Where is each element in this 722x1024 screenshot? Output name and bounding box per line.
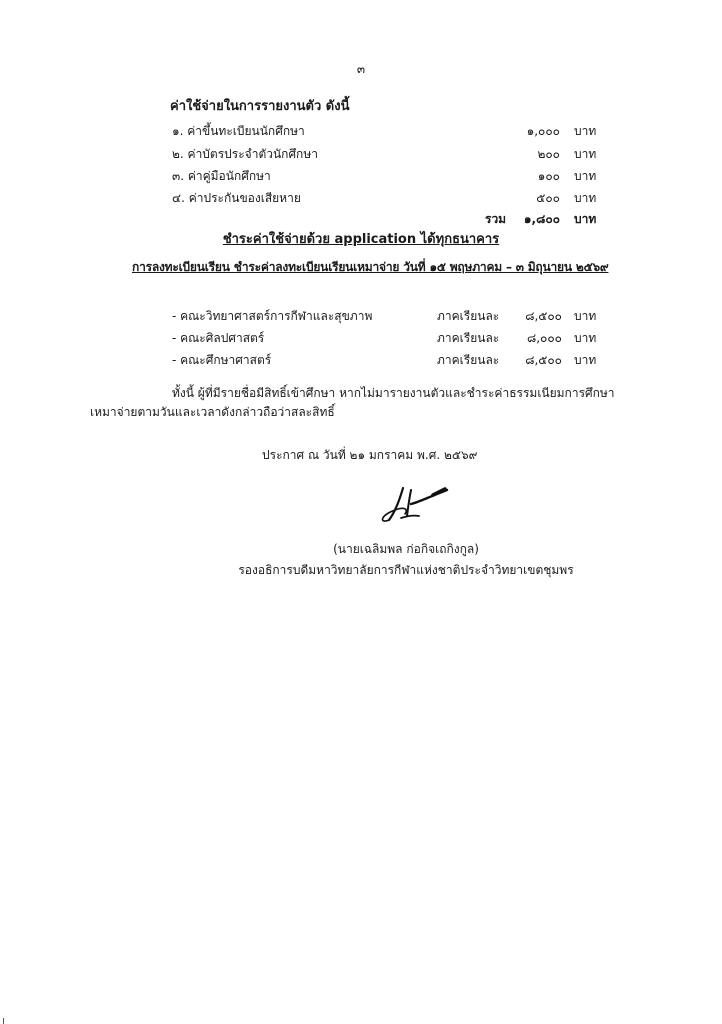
scan-edge-mark: [3, 1018, 4, 1024]
total-label: รวม: [485, 210, 506, 229]
faculty-unit: บาท: [574, 307, 596, 326]
fee-row: ๒. ค่าบัตรประจำตัวนักศึกษา ๒๐๐ บาท: [170, 145, 630, 165]
fee-label: ๒. ค่าบัตรประจำตัวนักศึกษา: [172, 145, 318, 164]
fee-row: ๑. ค่าขึ้นทะเบียนนักศึกษา ๑,๐๐๐ บาท: [170, 122, 630, 142]
fees-heading: ค่าใช้จ่ายในการรายงานตัว ดังนี้: [170, 95, 349, 116]
faculty-per: ภาคเรียนละ: [437, 307, 499, 326]
signer-title: รองอธิการบดีมหาวิทยาลัยการกีฬาแห่งชาติปร…: [0, 561, 722, 580]
faculty-name: - คณะศึกษาศาสตร์: [172, 351, 271, 370]
fee-label: ๔. ค่าประกันของเสียหาย: [172, 189, 301, 208]
faculty-unit: บาท: [574, 329, 596, 348]
faculty-row: - คณะศึกษาศาสตร์ ภาคเรียนละ ๘,๕๐๐ บาท: [172, 351, 632, 371]
fee-amount: ๒๐๐: [537, 145, 560, 164]
notice-line-2: เหมาจ่ายตามวันและเวลาดังกล่าวถือว่าสละสิ…: [90, 403, 335, 422]
faculty-name: - คณะวิทยาศาสตร์การกีฬาและสุขภาพ: [172, 307, 372, 326]
faculty-row: - คณะวิทยาศาสตร์การกีฬาและสุขภาพ ภาคเรีย…: [172, 307, 632, 327]
notice-line-1: ทั้งนี้ ผู้ที่มีรายชื่อมีสิทธิ์เข้าศึกษา…: [172, 384, 642, 403]
fee-label: ๓. ค่าคู่มือนักศึกษา: [172, 167, 271, 186]
total-unit: บาท: [574, 210, 596, 229]
faculty-per: ภาคเรียนละ: [437, 351, 499, 370]
faculty-row: - คณะศิลปศาสตร์ ภาคเรียนละ ๘,๐๐๐ บาท: [172, 329, 632, 349]
fee-amount: ๑๐๐: [538, 167, 560, 186]
fee-row: ๔. ค่าประกันของเสียหาย ๕๐๐ บาท: [170, 189, 630, 209]
signature-image: [375, 480, 465, 530]
fee-row: ๓. ค่าคู่มือนักศึกษา ๑๐๐ บาท: [170, 167, 630, 187]
announcement-date: ประกาศ ณ วันที่ ๒๑ มกราคม พ.ศ. ๒๕๖๙: [262, 446, 477, 465]
faculty-amount: ๘,๕๐๐: [525, 307, 562, 326]
fee-unit: บาท: [574, 167, 596, 186]
fee-total-row: รวม ๑,๘๐๐ บาท: [170, 210, 630, 230]
fee-unit: บาท: [574, 145, 596, 164]
fee-unit: บาท: [574, 189, 596, 208]
fee-amount: ๕๐๐: [536, 189, 560, 208]
faculty-per: ภาคเรียนละ: [437, 329, 499, 348]
fee-label: ๑. ค่าขึ้นทะเบียนนักศึกษา: [172, 122, 305, 141]
faculty-amount: ๘,๕๐๐: [525, 351, 562, 370]
signer-name: (นายเฉลิมพล ก่อกิจเถกิงกูล): [0, 540, 722, 559]
total-amount: ๑,๘๐๐: [524, 210, 560, 229]
registration-note: การลงทะเบียนเรียน ชำระค่าลงทะเบียนเรียนเ…: [132, 258, 608, 277]
fee-unit: บาท: [574, 122, 596, 141]
fee-amount: ๑,๐๐๐: [527, 122, 560, 141]
faculty-amount: ๘,๐๐๐: [527, 329, 562, 348]
faculty-name: - คณะศิลปศาสตร์: [172, 329, 264, 348]
faculty-unit: บาท: [574, 351, 596, 370]
payment-note: ชำระค่าใช้จ่ายด้วย application ได้ทุกธนา…: [0, 228, 722, 249]
page-number: ๓: [0, 60, 722, 79]
